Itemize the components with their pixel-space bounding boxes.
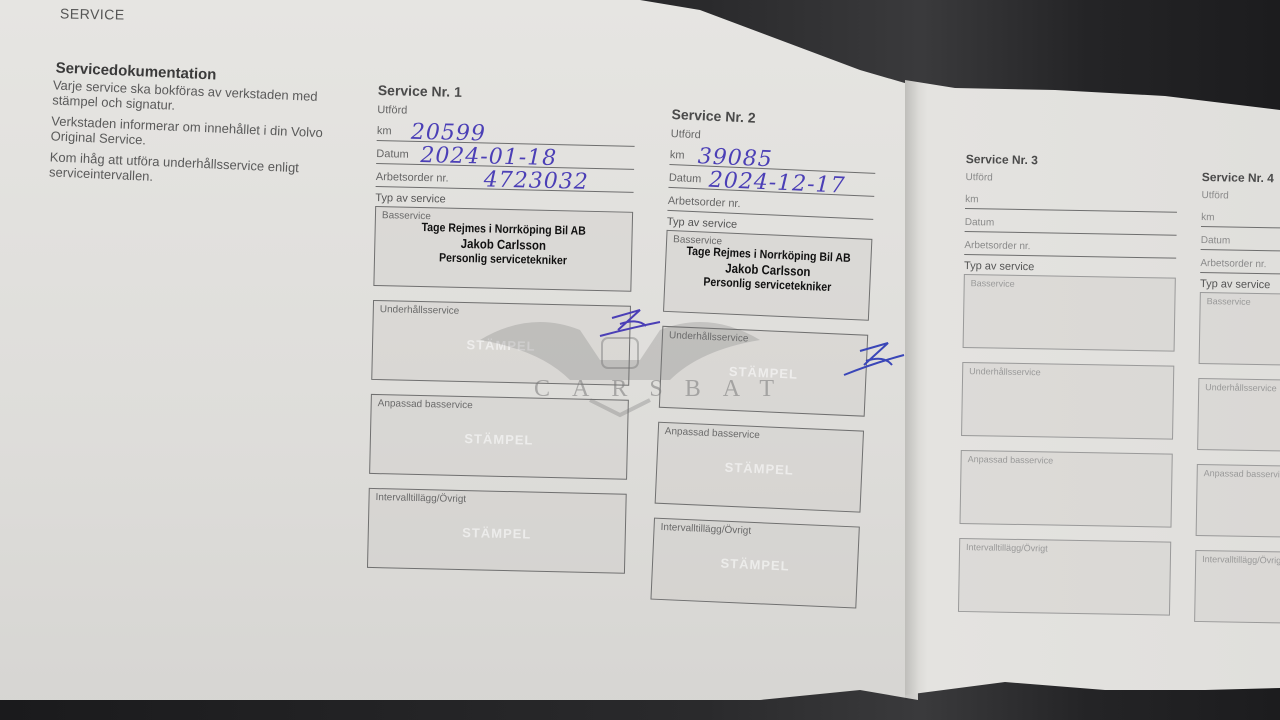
box-basservice[interactable]: Basservice xyxy=(1199,292,1280,367)
datum-label: Datum xyxy=(376,148,409,161)
stamp-placeholder: STÄMPEL xyxy=(371,429,627,450)
datum-label: Datum xyxy=(965,217,995,229)
box-label: Intervalltillägg/Övrigt xyxy=(966,542,1048,553)
box-label: Anpassad basservice xyxy=(968,454,1054,465)
signature-1-icon xyxy=(590,300,670,350)
box-label: Basservice xyxy=(971,278,1015,289)
arbetsorder-field[interactable]: Arbetsorder nr.4723032 xyxy=(376,164,634,193)
box-intervalltillagg[interactable]: Intervalltillägg/ÖvrigtSTÄMPEL xyxy=(367,488,627,574)
box-underhallsservice[interactable]: Underhållsservice xyxy=(1197,378,1280,453)
arbetsorder-label: Arbetsorder nr. xyxy=(964,240,1030,252)
km-label: km xyxy=(670,149,685,162)
datum-label: Datum xyxy=(1201,235,1231,247)
section-label: SERVICE xyxy=(60,5,125,22)
box-basservice[interactable]: Basservice xyxy=(963,274,1176,352)
service-column-4: Service Nr. 4 Utförd km Datum Arbetsorde… xyxy=(1194,170,1280,639)
box-basservice[interactable]: Basservice Tage Rejmes i Norrköping Bil … xyxy=(663,230,872,321)
box-intervalltillagg[interactable]: Intervalltillägg/Övrigt xyxy=(958,538,1171,616)
service-column-3: Service Nr. 3 Utförd km Datum Arbetsorde… xyxy=(958,152,1178,630)
arbetsorder-field[interactable]: Arbetsorder nr. xyxy=(1200,250,1280,276)
box-intervalltillagg[interactable]: Intervalltillägg/ÖvrigtSTÄMPEL xyxy=(650,518,859,609)
intro-paragraph: Verkstaden informerar om innehållet i di… xyxy=(50,113,341,156)
box-anpassad-basservice[interactable]: Anpassad basserviceSTÄMPEL xyxy=(369,394,629,480)
watermark-text: CARSBAT xyxy=(534,376,796,403)
booklet-spine xyxy=(905,80,919,700)
box-label: Underhållsservice xyxy=(969,366,1041,377)
workshop-stamp: Tage Rejmes i Norrköping Bil ABJakob Car… xyxy=(390,219,616,269)
box-label: Intervalltillägg/Övrigt xyxy=(660,522,751,537)
arbetsorder-label: Arbetsorder nr. xyxy=(376,171,449,185)
box-label: Anpassad basservice xyxy=(1204,468,1280,479)
box-anpassad-basservice[interactable]: Anpassad basserviceSTÄMPEL xyxy=(655,422,864,513)
signature-2-icon xyxy=(830,335,910,385)
box-anpassad-basservice[interactable]: Anpassad basservice xyxy=(1196,464,1280,539)
stamp-placeholder: STÄMPEL xyxy=(657,457,861,481)
km-label: km xyxy=(1201,212,1215,223)
box-label: Basservice xyxy=(1207,296,1251,307)
arbetsorder-label: Arbetsorder nr. xyxy=(668,195,741,210)
arbetsorder-value: 4723032 xyxy=(484,167,590,194)
box-label: Underhållsservice xyxy=(669,330,749,344)
box-intervalltillagg[interactable]: Intervalltillägg/Övrigt xyxy=(1194,550,1280,625)
service-title: Service Nr. 3 xyxy=(966,152,1178,170)
arbetsorder-field[interactable]: Arbetsorder nr. xyxy=(964,232,1176,259)
service-title: Service Nr. 4 xyxy=(1202,170,1280,187)
stamp-placeholder: STÄMPEL xyxy=(369,523,625,544)
box-label: Underhållsservice xyxy=(380,304,460,317)
intro-block: Servicedokumentation Varje service ska b… xyxy=(39,60,344,198)
datum-label: Datum xyxy=(669,172,702,185)
workshop-stamp: Tage Rejmes i Norrköping Bil ABJakob Car… xyxy=(677,243,858,296)
box-basservice[interactable]: Basservice Tage Rejmes i Norrköping Bil … xyxy=(373,206,633,292)
stamp-placeholder: STÄMPEL xyxy=(653,553,857,577)
km-label: km xyxy=(377,125,392,137)
box-label: Intervalltillägg/Övrigt xyxy=(1202,554,1280,565)
box-underhallsservice[interactable]: Underhållsservice xyxy=(961,362,1174,440)
box-anpassad-basservice[interactable]: Anpassad basservice xyxy=(960,450,1173,528)
intro-paragraph: Kom ihåg att utföra underhållsservice en… xyxy=(49,149,340,192)
box-label: Underhållsservice xyxy=(1205,382,1277,393)
box-label: Anpassad basservice xyxy=(378,398,473,411)
km-label: km xyxy=(965,194,979,205)
arbetsorder-label: Arbetsorder nr. xyxy=(1200,258,1266,270)
box-label: Anpassad basservice xyxy=(665,426,760,441)
box-label: Intervalltillägg/Övrigt xyxy=(375,492,466,505)
